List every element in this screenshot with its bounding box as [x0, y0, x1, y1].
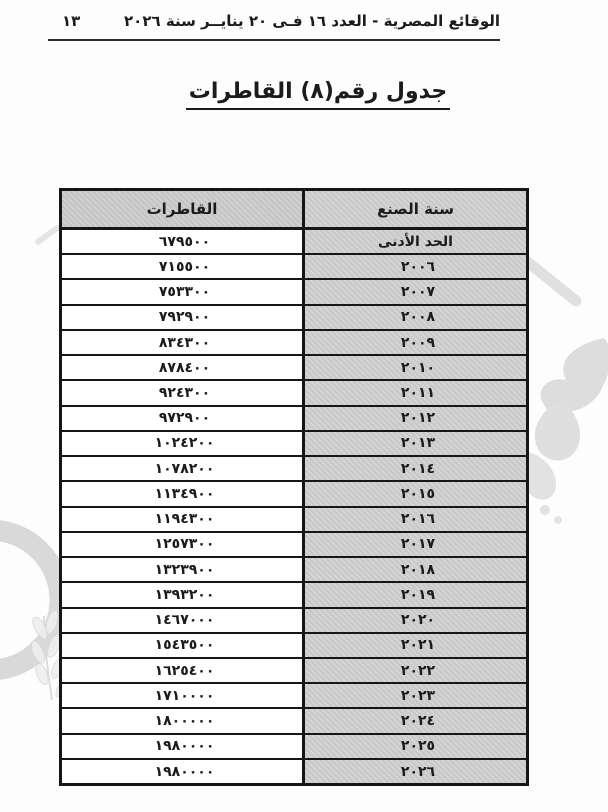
- year-cell: ٢٠٢٠: [302, 609, 526, 632]
- table-row: ١٢٥٧٣٠٠ ٢٠١٧: [62, 533, 526, 558]
- tractor-count-cell: ١٠٧٨٢٠٠: [62, 457, 302, 480]
- page-number: ١٣: [48, 12, 80, 30]
- year-cell: ٢٠١٠: [302, 356, 526, 379]
- table-row: ١٣٢٣٩٠٠ ٢٠١٨: [62, 558, 526, 583]
- tractor-count-cell: ٦٧٩٥٠٠: [62, 230, 302, 253]
- table-row: ١٠٧٨٢٠٠ ٢٠١٤: [62, 457, 526, 482]
- tractors-column-header: القاطرات: [62, 191, 302, 227]
- tractor-count-cell: ٧١٥٥٠٠: [62, 255, 302, 278]
- year-cell: ٢٠٠٧: [302, 280, 526, 303]
- year-cell: ٢٠١٦: [302, 508, 526, 531]
- year-cell: ٢٠١٤: [302, 457, 526, 480]
- tractor-count-cell: ١٥٤٣٥٠٠: [62, 634, 302, 657]
- year-cell: ٢٠٢٥: [302, 735, 526, 758]
- tractor-count-cell: ٩٧٢٩٠٠: [62, 407, 302, 430]
- year-cell: ٢٠٠٨: [302, 306, 526, 329]
- year-cell: ٢٠١٥: [302, 482, 526, 505]
- tractor-count-cell: ١١٩٤٣٠٠: [62, 508, 302, 531]
- year-cell: ٢٠٠٩: [302, 331, 526, 354]
- year-cell: ٢٠٢٦: [302, 760, 526, 783]
- year-cell: ٢٠١٧: [302, 533, 526, 556]
- table-row: ١٣٩٣٢٠٠ ٢٠١٩: [62, 583, 526, 608]
- table-row: ٨٧٨٤٠٠ ٢٠١٠: [62, 356, 526, 381]
- year-cell: ٢٠٢١: [302, 634, 526, 657]
- document-title: جدول رقم(٨) القاطرات: [186, 79, 450, 110]
- tractor-count-cell: ١٣٩٣٢٠٠: [62, 583, 302, 606]
- year-cell: ٢٠٢٢: [302, 659, 526, 682]
- table-row: ١٥٤٣٥٠٠ ٢٠٢١: [62, 634, 526, 659]
- year-cell: ٢٠١١: [302, 381, 526, 404]
- table-row: ٧٩٢٩٠٠ ٢٠٠٨: [62, 306, 526, 331]
- year-cell: ٢٠١٩: [302, 583, 526, 606]
- table-row: ٧٥٣٣٠٠ ٢٠٠٧: [62, 280, 526, 305]
- tractors-table: القاطرات سنة الصنع ٦٧٩٥٠٠ الحد الأدنى ٧١…: [59, 188, 529, 786]
- tractor-count-cell: ١٩٨٠٠٠٠: [62, 760, 302, 783]
- year-cell: ٢٠١٣: [302, 432, 526, 455]
- tractor-count-cell: ١٧١٠٠٠٠: [62, 684, 302, 707]
- table-row: ٧١٥٥٠٠ ٢٠٠٦: [62, 255, 526, 280]
- tractor-count-cell: ٧٩٢٩٠٠: [62, 306, 302, 329]
- year-cell: ٢٠١٨: [302, 558, 526, 581]
- table-row: ١٩٨٠٠٠٠ ٢٠٢٦: [62, 760, 526, 783]
- tractor-count-cell: ١٩٨٠٠٠٠: [62, 735, 302, 758]
- table-row: ٩٧٢٩٠٠ ٢٠١٢: [62, 407, 526, 432]
- table-row: ٩٢٤٣٠٠ ٢٠١١: [62, 381, 526, 406]
- table-header-row: القاطرات سنة الصنع: [62, 191, 526, 230]
- year-cell: ٢٠٢٤: [302, 709, 526, 732]
- tractor-count-cell: ٨٣٤٣٠٠: [62, 331, 302, 354]
- tractor-count-cell: ١٢٥٧٣٠٠: [62, 533, 302, 556]
- table-body: ٦٧٩٥٠٠ الحد الأدنى ٧١٥٥٠٠ ٢٠٠٦ ٧٥٣٣٠٠ ٢٠…: [62, 230, 526, 783]
- year-column-header: سنة الصنع: [302, 191, 526, 227]
- tractor-count-cell: ٧٥٣٣٠٠: [62, 280, 302, 303]
- tractor-count-cell: ١٣٢٣٩٠٠: [62, 558, 302, 581]
- table-row: ١٤٦٧٠٠٠ ٢٠٢٠: [62, 609, 526, 634]
- tractor-count-cell: ١٤٦٧٠٠٠: [62, 609, 302, 632]
- tractor-count-cell: ١٨٠٠٠٠٠: [62, 709, 302, 732]
- watermark-arc-icon: [0, 530, 60, 670]
- table-row: ١٧١٠٠٠٠ ٢٠٢٣: [62, 684, 526, 709]
- table-row: ١٦٢٥٤٠٠ ٢٠٢٢: [62, 659, 526, 684]
- year-cell: ٢٠١٢: [302, 407, 526, 430]
- table-row: ١١٩٤٣٠٠ ٢٠١٦: [62, 508, 526, 533]
- tractor-count-cell: ١٠٢٤٢٠٠: [62, 432, 302, 455]
- table-row: ٨٣٤٣٠٠ ٢٠٠٩: [62, 331, 526, 356]
- year-cell: الحد الأدنى: [302, 230, 526, 253]
- table-row: ١٩٨٠٠٠٠ ٢٠٢٥: [62, 735, 526, 760]
- year-cell: ٢٠٢٣: [302, 684, 526, 707]
- tractor-count-cell: ١٦٢٥٤٠٠: [62, 659, 302, 682]
- table-row: ١٠٢٤٢٠٠ ٢٠١٣: [62, 432, 526, 457]
- tractor-count-cell: ١١٣٤٩٠٠: [62, 482, 302, 505]
- table-row: ٦٧٩٥٠٠ الحد الأدنى: [62, 230, 526, 255]
- document-title-wrap: جدول رقم(٨) القاطرات: [0, 79, 608, 110]
- year-cell: ٢٠٠٦: [302, 255, 526, 278]
- table-row: ١١٣٤٩٠٠ ٢٠١٥: [62, 482, 526, 507]
- gazette-title: الوقائع المصرية - العدد ١٦ فـى ٢٠ ينايــ…: [124, 12, 500, 30]
- table-row: ١٨٠٠٠٠٠ ٢٠٢٤: [62, 709, 526, 734]
- tractor-count-cell: ٩٢٤٣٠٠: [62, 381, 302, 404]
- tractor-count-cell: ٨٧٨٤٠٠: [62, 356, 302, 379]
- page-header: ١٣ الوقائع المصرية - العدد ١٦ فـى ٢٠ ينا…: [48, 12, 500, 41]
